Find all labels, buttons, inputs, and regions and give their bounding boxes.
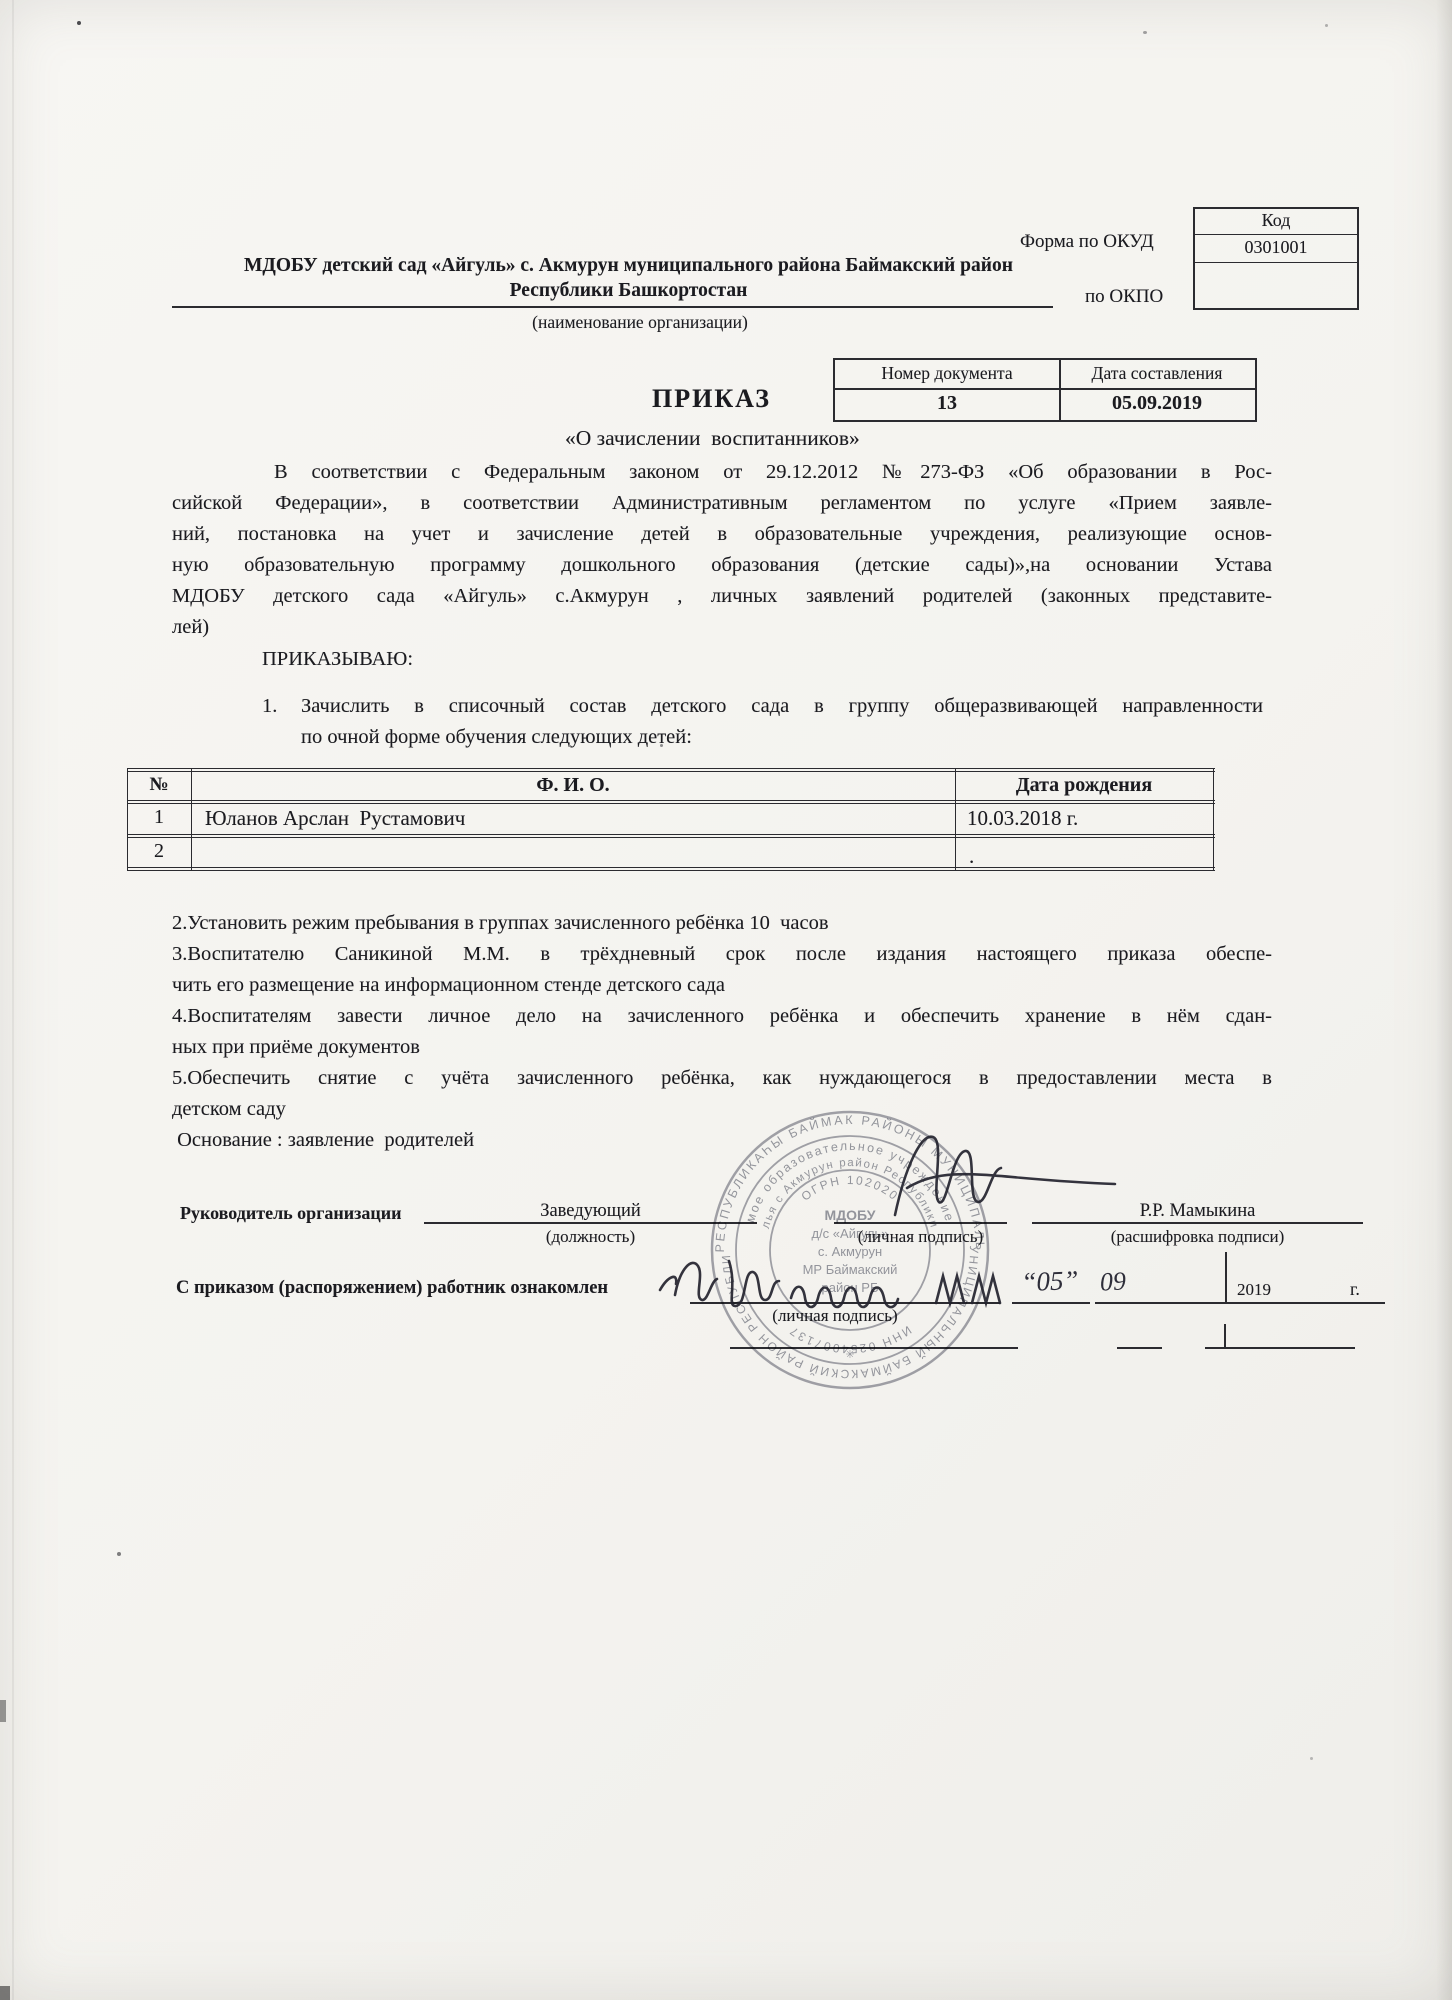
preamble-line: ний, постановка на учет и зачисление дет… [172, 523, 1272, 546]
date-column-divider [1224, 1324, 1226, 1347]
order-item-line: 2.Установить режим пребывания в группах … [172, 912, 829, 935]
code-box-divider [1195, 234, 1357, 235]
order-item-line: ных при приёме документов [172, 1036, 420, 1059]
scan-speck [117, 1552, 121, 1556]
preamble-line: лей) [172, 616, 209, 639]
date-year-value: 2019 [1237, 1280, 1271, 1300]
item1-line: по очной форме обучения следующих детей: [301, 726, 692, 749]
row2-birthdate: . [969, 844, 974, 869]
acknowledgement-label: С приказом (распоряжением) работник озна… [176, 1278, 608, 1299]
children-table: № Ф. И. О. Дата рождения 1 Юланов Арслан… [127, 768, 1215, 870]
worker-signature-loops [791, 1287, 898, 1307]
date-year-suffix: г. [1350, 1279, 1360, 1300]
empty-year-line [1205, 1347, 1355, 1349]
code-box-divider [1195, 262, 1357, 263]
doc-title: ПРИКАЗ [652, 384, 771, 414]
preamble-line: сийской Федерации», в соответствии Админ… [172, 492, 1272, 515]
empty-date-line [1117, 1347, 1162, 1349]
scanned-document-page: Форма по ОКУД Код 0301001 МДОБУ детский … [0, 0, 1452, 2000]
scan-speck [1143, 31, 1147, 34]
preamble-line: МДОБУ детского сада «Айгуль» с.Акмурун ,… [172, 585, 1272, 608]
code-box: Код 0301001 [1193, 207, 1359, 310]
doc-date-label: Дата составления [1059, 363, 1255, 384]
order-word: ПРИКАЗЫВАЮ: [262, 648, 413, 671]
director-signature-flourish [907, 1174, 1115, 1188]
form-okud-label: Форма по ОКУД [1020, 231, 1154, 253]
table-border [127, 834, 1215, 838]
scan-mark-bottom-left [0, 1986, 10, 2000]
basis-line: Основание : заявление родителей [172, 1129, 474, 1152]
doc-date-value: 05.09.2019 [1059, 392, 1255, 415]
stamp-star-separator: ✳ [845, 1349, 854, 1361]
row1-birthdate: 10.03.2018 г. [967, 806, 1078, 831]
col-header-num: № [127, 774, 191, 796]
table-border [127, 800, 1215, 804]
scan-speck [77, 21, 81, 25]
table-border [1213, 768, 1214, 870]
org-name-underline [172, 306, 1053, 308]
scan-edge-left [12, 0, 14, 2000]
doc-table-row-divider [835, 388, 1255, 390]
preamble-line: ную образовательную программу дошкольног… [172, 554, 1272, 577]
worker-signature-stroke [660, 1261, 779, 1306]
row2-num: 2 [127, 840, 191, 863]
handwritten-signatures [650, 1100, 1150, 1330]
col-header-birthdate: Дата рождения [955, 774, 1213, 797]
date-column-divider [1225, 1252, 1227, 1302]
item1-number: 1. [262, 695, 277, 718]
org-name-line1: МДОБУ детский сад «Айгуль» с. Акмурун му… [172, 255, 1085, 277]
row1-name: Юланов Арслан Рустамович [205, 806, 465, 831]
scan-speck [1310, 1757, 1313, 1760]
doc-number-label: Номер документа [835, 363, 1059, 384]
preamble-line: В соответствии с Федеральным законом от … [172, 461, 1272, 484]
okud-code-value: 0301001 [1195, 237, 1357, 258]
scan-speck [1325, 24, 1328, 27]
org-name-caption: (наименование организации) [440, 312, 840, 333]
form-okpo-label: по ОКПО [1085, 286, 1163, 308]
doc-number-table: Номер документа Дата составления 13 05.0… [833, 358, 1257, 422]
head-of-org-label: Руководитель организации [180, 1203, 401, 1224]
item1-line: Зачислить в списочный состав детского са… [301, 695, 1263, 718]
org-name-line2: Республики Башкортостан [172, 280, 1085, 302]
row1-num: 1 [127, 806, 191, 829]
doc-subtitle: «О зачислении воспитанников» [565, 426, 860, 451]
order-item-line: 4.Воспитателям завести личное дело на за… [172, 1005, 1272, 1028]
table-border [127, 768, 1215, 772]
scan-mark-left-edge [0, 1700, 6, 1722]
table-border [127, 867, 1215, 871]
scan-edge-right [1436, 0, 1452, 2000]
code-box-header: Код [1195, 210, 1357, 231]
order-item-line: детском саду [172, 1098, 286, 1121]
worker-signature-initials [936, 1276, 1000, 1303]
order-item-line: 3.Воспитателю Саникиной М.М. в трёхдневн… [172, 943, 1272, 966]
doc-number-value: 13 [835, 392, 1059, 415]
order-item-line: чить его размещение на информационном ст… [172, 974, 725, 997]
col-header-fio: Ф. И. О. [191, 774, 955, 797]
order-item-line: 5.Обеспечить снятие с учёта зачисленного… [172, 1067, 1272, 1090]
